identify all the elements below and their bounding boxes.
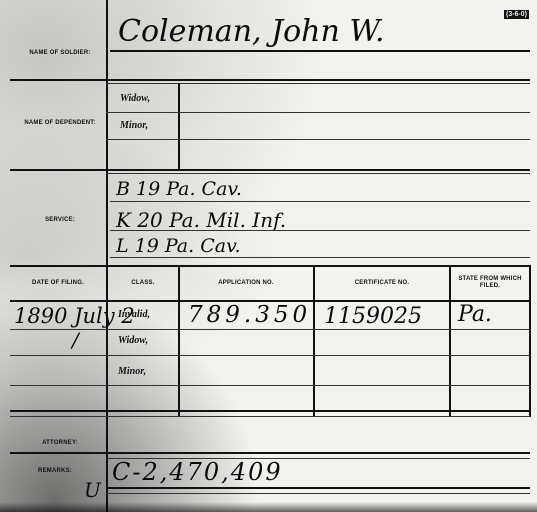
remarks-underline (106, 487, 530, 489)
service-line-3: L 19 Pa. Cav. (116, 235, 241, 257)
application-no-value: 789.350 (188, 302, 311, 328)
table-bottom-2 (10, 416, 530, 417)
date-of-filing-mark: / (72, 328, 79, 352)
table-bottom (10, 410, 530, 412)
pension-index-card: (3-6-0) Name of Soldier: Coleman, John W… (0, 0, 537, 512)
header-date-of-filing: Date of Filing. (14, 280, 102, 287)
divider-attorney-bottom (10, 452, 530, 454)
col-divider-class (178, 265, 180, 417)
certificate-no-value: 1159025 (324, 304, 422, 329)
class-minor: Minor, (118, 366, 146, 377)
service-underline-2 (110, 230, 530, 231)
dependent-row-line-1 (106, 112, 530, 113)
service-underline-1 (110, 201, 530, 202)
scan-shadow (0, 502, 537, 512)
label-name-of-soldier: Name of Soldier: (20, 50, 100, 57)
row-line-widow (10, 355, 530, 356)
divider-service-bottom (10, 265, 530, 267)
soldier-name-underline (110, 50, 530, 52)
soldier-name: Coleman, John W. (118, 14, 384, 49)
service-line-2: K 20 Pa. Mil. Inf. (116, 208, 286, 232)
col-divider-application (313, 265, 315, 417)
header-application-no: Application No. (180, 280, 312, 287)
row-line-minor (10, 385, 530, 386)
label-minor: Minor, (120, 120, 148, 131)
dependent-row-line-2 (106, 139, 530, 140)
label-name-of-dependent: Name of Dependent: (20, 120, 100, 127)
state-value: Pa. (458, 302, 492, 327)
label-service: Service: (20, 217, 100, 224)
divider-soldier-bottom-2 (106, 83, 530, 84)
form-number: (3-6-0) (504, 10, 529, 19)
header-state-from-which-filed: State from which filed. (452, 276, 528, 290)
divider-soldier-bottom (10, 79, 530, 81)
row-line-invalid (10, 329, 530, 330)
date-of-filing-value: 1890 July 2 (14, 304, 135, 328)
label-attorney: Attorney: (20, 440, 100, 447)
label-column-divider (106, 0, 108, 512)
header-class: Class. (110, 280, 176, 287)
remarks-value: C-2,470,409 (112, 458, 283, 486)
class-invalid: Invalid, (118, 309, 150, 320)
service-line-1: B 19 Pa. Cav. (116, 178, 242, 200)
class-widow: Widow, (118, 335, 148, 346)
divider-dependent-bottom-2 (106, 173, 530, 174)
col-divider-certificate (449, 265, 451, 417)
divider-dependent-bottom (10, 169, 530, 171)
dependent-subdivider (178, 83, 180, 169)
service-underline-3 (110, 257, 530, 258)
col-divider-right (529, 265, 531, 417)
label-remarks: Remarks: (20, 468, 90, 475)
remarks-underline-2 (106, 493, 530, 494)
header-certificate-no: Certificate No. (316, 280, 448, 287)
margin-mark: U (84, 478, 101, 502)
label-widow: Widow, (120, 93, 150, 104)
